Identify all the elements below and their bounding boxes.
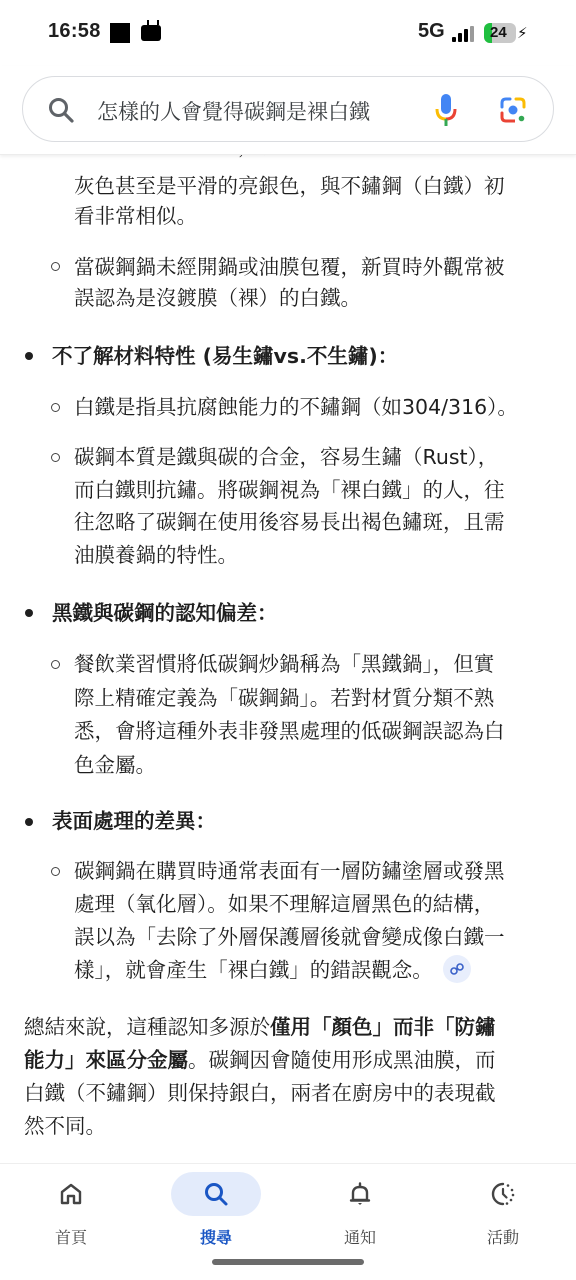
bullet-icon	[25, 609, 33, 617]
battery-level: 24	[490, 24, 507, 41]
status-bar: 16:58 5G 24 ⚡	[0, 0, 576, 66]
answer-text-with-link: 樣」，就會產生「裸白鐵」的錯誤觀念。	[74, 956, 471, 985]
summary-bold-text: 僅用「顏色」而非「防鏽	[270, 1015, 496, 1039]
search-icon[interactable]	[47, 96, 75, 124]
network-type: 5G	[418, 20, 445, 43]
answer-text: 灰色甚至是平滑的亮銀色，與不鏽鋼（白鐵）初	[74, 172, 505, 200]
answer-text: 誤以為「去除了外層保護層後就會變成像白鐵一	[74, 923, 505, 951]
section-heading: 黑鐵與碳鋼的認知偏差：	[52, 599, 278, 627]
search-header: 怎樣的人會覺得碳鋼是裸白鐵	[0, 66, 576, 155]
answer-text: 往忽略了碳鋼在使用後容易長出褐色鏽斑，且需	[74, 508, 505, 536]
summary-line: 然不同。	[24, 1112, 106, 1140]
nav-label: 首頁	[11, 1225, 131, 1248]
section-heading: 表面處理的差異：	[52, 807, 216, 835]
status-time: 16:58	[48, 20, 101, 43]
answer-text: 看非常相似。	[74, 202, 197, 230]
signal-icon	[452, 26, 478, 42]
summary-bold-text: 能力」來區分金屬	[24, 1048, 188, 1072]
nav-label: 通知	[300, 1225, 420, 1248]
answer-text: 際上精確定義為「碳鋼鍋」。若對材質分類不熟	[74, 684, 494, 712]
activity-icon	[490, 1181, 516, 1207]
summary-text: 總結來說，這種認知多源於	[24, 1015, 270, 1039]
answer-text: 餐飲業習慣將低碳鋼炒鍋稱為「黑鐵鍋」，但實	[74, 650, 494, 678]
nav-activity[interactable]: 活動	[443, 1164, 563, 1254]
sub-bullet-icon	[51, 867, 60, 876]
nav-home[interactable]: 首頁	[11, 1164, 131, 1254]
nav-notifications[interactable]: 通知	[300, 1164, 420, 1254]
nav-label: 活動	[443, 1225, 563, 1248]
sub-bullet-icon	[51, 262, 60, 271]
answer-text: 碳鋼鍋在購買時通常表面有一層防鏽塗層或發黑	[74, 857, 505, 885]
answer-text: 處理（氧化層）。如果不理解這層黑色的結構，	[74, 890, 494, 918]
answer-text: 色金屬。	[74, 751, 156, 779]
bullet-icon	[25, 352, 33, 360]
sub-bullet-icon	[51, 403, 60, 412]
section-heading: 不了解材料特性 (易生鏽vs.不生鏽)：	[52, 342, 398, 370]
summary-line: 能力」來區分金屬。碳鋼因會隨使用形成黑油膜，而	[24, 1046, 496, 1074]
mic-icon[interactable]	[433, 92, 459, 128]
bullet-icon	[25, 818, 33, 826]
home-icon	[58, 1181, 84, 1207]
source-link-button[interactable]	[443, 955, 471, 983]
search-query[interactable]: 怎樣的人會覺得碳鋼是裸白鐵	[97, 96, 370, 126]
bell-icon	[347, 1181, 373, 1207]
bolt-icon: ⚡	[517, 24, 528, 42]
answer-text: 當碳鋼鍋未經開鍋或油膜包覆，新買時外觀常被	[74, 253, 505, 281]
sub-bullet-icon	[51, 660, 60, 669]
answer-text: 油膜養鍋的特性。	[74, 541, 238, 569]
answer-text: 而白鐵則抗鏽。將碳鋼視為「裸白鐵」的人，往	[74, 476, 505, 504]
answer-text: 白鐵是指具抗腐蝕能力的不鏽鋼（如304/316）。	[74, 393, 518, 421]
nav-search[interactable]: 搜尋	[156, 1164, 276, 1254]
nav-label: 搜尋	[156, 1225, 276, 1248]
lens-icon[interactable]	[498, 95, 528, 125]
battery-icon: 24	[484, 23, 516, 43]
answer-text: 悉，會將這種外表非發黑處理的低碳鋼誤認為白	[74, 717, 505, 745]
summary-line: 總結來說，這種認知多源於僅用「顏色」而非「防鏽	[24, 1013, 496, 1041]
summary-line: 白鐵（不鏽鋼）則保持銀白，兩者在廚房中的表現截	[24, 1079, 496, 1107]
summary-text: 。碳鋼因會隨使用形成黑油膜，而	[188, 1048, 496, 1072]
answer-text: 碳鋼本質是鐵與碳的合金，容易生鏽（Rust），	[74, 443, 498, 471]
notification-square-icon	[110, 23, 130, 43]
search-icon	[203, 1181, 229, 1207]
answer-text: 誤認為是沒鍍膜（裸）的白鐵。	[74, 284, 361, 312]
answer-text: 樣」，就會產生「裸白鐵」的錯誤觀念。	[74, 958, 433, 982]
search-input[interactable]: 怎樣的人會覺得碳鋼是裸白鐵	[22, 76, 554, 142]
sub-bullet-icon	[51, 453, 60, 462]
home-gesture-bar[interactable]	[212, 1259, 364, 1265]
tv-icon	[141, 25, 161, 41]
link-icon	[450, 962, 464, 976]
ai-answer-content: 碳鋼經出廠處理後，表面可以呈現出銀灰色、深 灰色甚至是平滑的亮銀色，與不鏽鋼（白…	[0, 0, 576, 1160]
